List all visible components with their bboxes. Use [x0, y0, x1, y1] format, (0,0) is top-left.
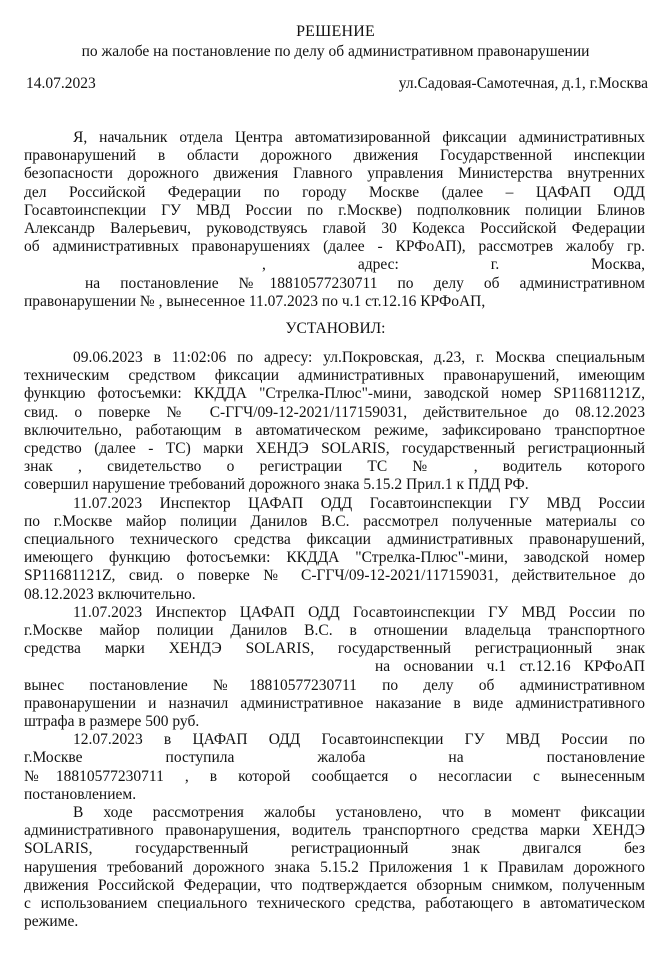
paragraph-line: по г.Москве майор полиции Данилов В.С. р…: [24, 512, 645, 531]
paragraph-line: В ходе рассмотрения жалобы установлено, …: [73, 803, 645, 822]
paragraph-line: административного правонарушения, водите…: [24, 821, 645, 840]
paragraph-line: №18810577230711 , в которой сообщается о…: [24, 767, 645, 786]
paragraph-line: совершил нарушение требований дорожного …: [24, 475, 645, 494]
intro-line: , адрес: г. Москва,: [262, 255, 645, 274]
paragraph-line: 11.07.2023 Инспектор ЦАФАП ОДД Госавтоин…: [73, 494, 645, 513]
paragraph-line: функцию фотосъемки: ККДДА "Стрелка-Плюс"…: [24, 384, 645, 403]
paragraph-line: SOLARIS, государственный регистрационный…: [24, 839, 645, 858]
intro-line: об административных правонарушениях (дал…: [24, 237, 645, 256]
document-place: ул.Садовая-Самотечная, д.1, г.Москва: [399, 75, 648, 93]
paragraph-line: специального технического средства фикса…: [24, 530, 645, 549]
paragraph-line: знак , свидетельство о регистрации ТС № …: [24, 457, 645, 476]
paragraph-line: средство (далее - ТС) марки ХЕНДЭ SOLARI…: [24, 439, 645, 458]
paragraph-line: 12.07.2023 в ЦАФАП ОДД Госавтоинспекции …: [73, 730, 645, 749]
paragraph-line: SP11681121Z, свид. о поверке № С-ГГЧ/09-…: [24, 566, 645, 585]
paragraph-line: с использованием специального техническо…: [24, 894, 645, 913]
intro-line: Я, начальник отдела Центра автоматизиров…: [73, 128, 645, 147]
intro-line: правонарушении № , вынесенное 11.07.2023…: [24, 292, 645, 311]
paragraph-line: включительно, работающим в автоматическо…: [24, 421, 645, 440]
intro-line: на постановление №18810577230711 по делу…: [85, 274, 645, 293]
paragraph-line: 11.07.2023 Инспектор ЦАФАП ОДД Госавтоин…: [73, 603, 645, 622]
paragraph-line: г.Москве поступила жалоба на постановлен…: [24, 748, 645, 767]
intro-line: Александр Валерьевич, руководствуясь гла…: [24, 219, 645, 238]
paragraph-line: на основании ч.1 ст.12.16 КРФоАП: [375, 657, 645, 676]
paragraph-line: штрафа в размере 500 руб.: [24, 712, 645, 731]
paragraph-line: г.Москве майор полиции Данилов В.С. в от…: [24, 621, 645, 640]
paragraph-line: режиме.: [24, 912, 645, 931]
document-date: 14.07.2023: [26, 75, 96, 93]
intro-line: Госавтоинспекции ГУ МВД России по г.Моск…: [24, 201, 645, 220]
document-title: РЕШЕНИЕ: [0, 23, 671, 41]
paragraph-line: имеющего функцию фотосъемки: ККДДА "Стре…: [24, 548, 645, 567]
paragraph-line: 09.06.2023 в 11:02:06 по адресу: ул.Покр…: [73, 348, 645, 367]
paragraph-line: постановлением.: [24, 785, 645, 804]
paragraph-line: движения Российской Федерации, что подтв…: [24, 876, 645, 895]
intro-line: безопасности дорожного движения Главного…: [24, 164, 645, 183]
intro-line: дел Российской Федерации по городу Москв…: [24, 183, 645, 202]
paragraph-line: вынес постановление №18810577230711 по д…: [24, 676, 645, 695]
heading-established: УСТАНОВИЛ:: [0, 320, 671, 338]
intro-line: правонарушений в области дорожного движе…: [24, 146, 645, 165]
paragraph-line: правонарушении и назначил административн…: [24, 694, 645, 713]
paragraph-line: 08.12.2023 включительно.: [24, 585, 645, 604]
paragraph-line: средства марки ХЕНДЭ SOLARIS, государств…: [24, 639, 645, 658]
document-subtitle: по жалобе на постановление по делу об ад…: [0, 43, 671, 61]
paragraph-line: нарушения требований дорожного знака 5.1…: [24, 858, 645, 877]
paragraph-line: свид. о поверке № С-ГГЧ/09-12-2021/11715…: [24, 403, 645, 422]
paragraph-line: техническим средством фиксации администр…: [24, 366, 645, 385]
decision-document: РЕШЕНИЕ по жалобе на постановление по де…: [0, 0, 671, 968]
